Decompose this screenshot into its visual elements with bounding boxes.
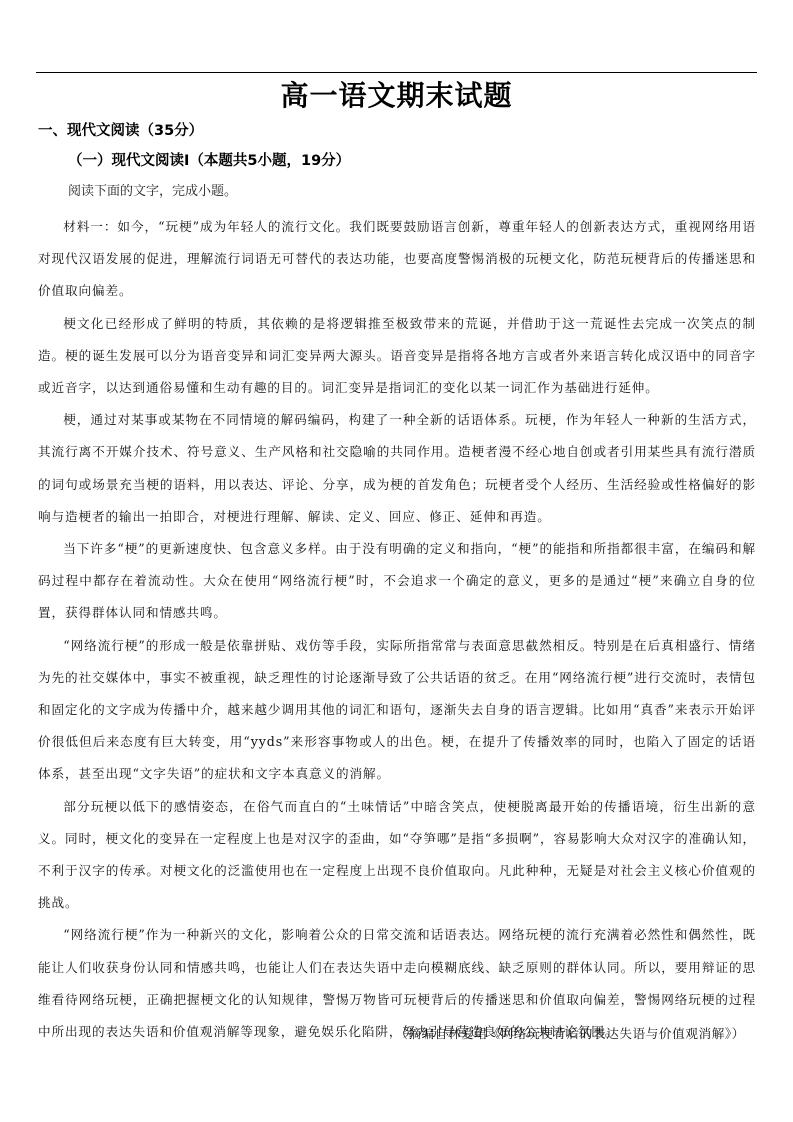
paragraph-5: “网络流行梗”的形成一般是依靠拼贴、戏仿等手段，实际所指常常与表面意思截然相反。… — [38, 630, 756, 791]
instruction-text: 阅读下面的文字，完成小题。 — [68, 182, 237, 202]
header-rule — [36, 72, 757, 73]
page-title: 高一语文期末试题 — [0, 78, 793, 114]
paragraph-4: 当下许多“梗”的更新速度快、包含意义多样。由于没有明确的定义和指向，“梗”的能指… — [38, 533, 756, 630]
paragraph-2: 梗文化已经形成了鲜明的特质，其依赖的是将逻辑推至极致带来的荒诞，并借助于这一荒诞… — [38, 308, 756, 405]
paragraph-6: 部分玩梗以低下的感情姿态，在俗气而直白的“土味情话”中暗含笑点，使梗脱离最开始的… — [38, 791, 756, 920]
paragraph-1: 材料一：如今，“玩梗”成为年轻人的流行文化。我们既要鼓励语言创新，尊重年轻人的创… — [38, 211, 756, 308]
reading-passage: 材料一：如今，“玩梗”成为年轻人的流行文化。我们既要鼓励语言创新，尊重年轻人的创… — [38, 211, 756, 1048]
subsection-heading: （一）现代文阅读Ⅰ（本题共5小题，19分） — [68, 151, 350, 171]
source-citation: （摘编自林爱珺《网络玩梗背后的表达失语与价值观消解》） — [395, 1024, 745, 1044]
section-heading: 一、现代文阅读（35分） — [38, 121, 203, 141]
paragraph-3: 梗，通过对某事或某物在不同情境的解码编码，构建了一种全新的话语体系。玩梗，作为年… — [38, 404, 756, 533]
